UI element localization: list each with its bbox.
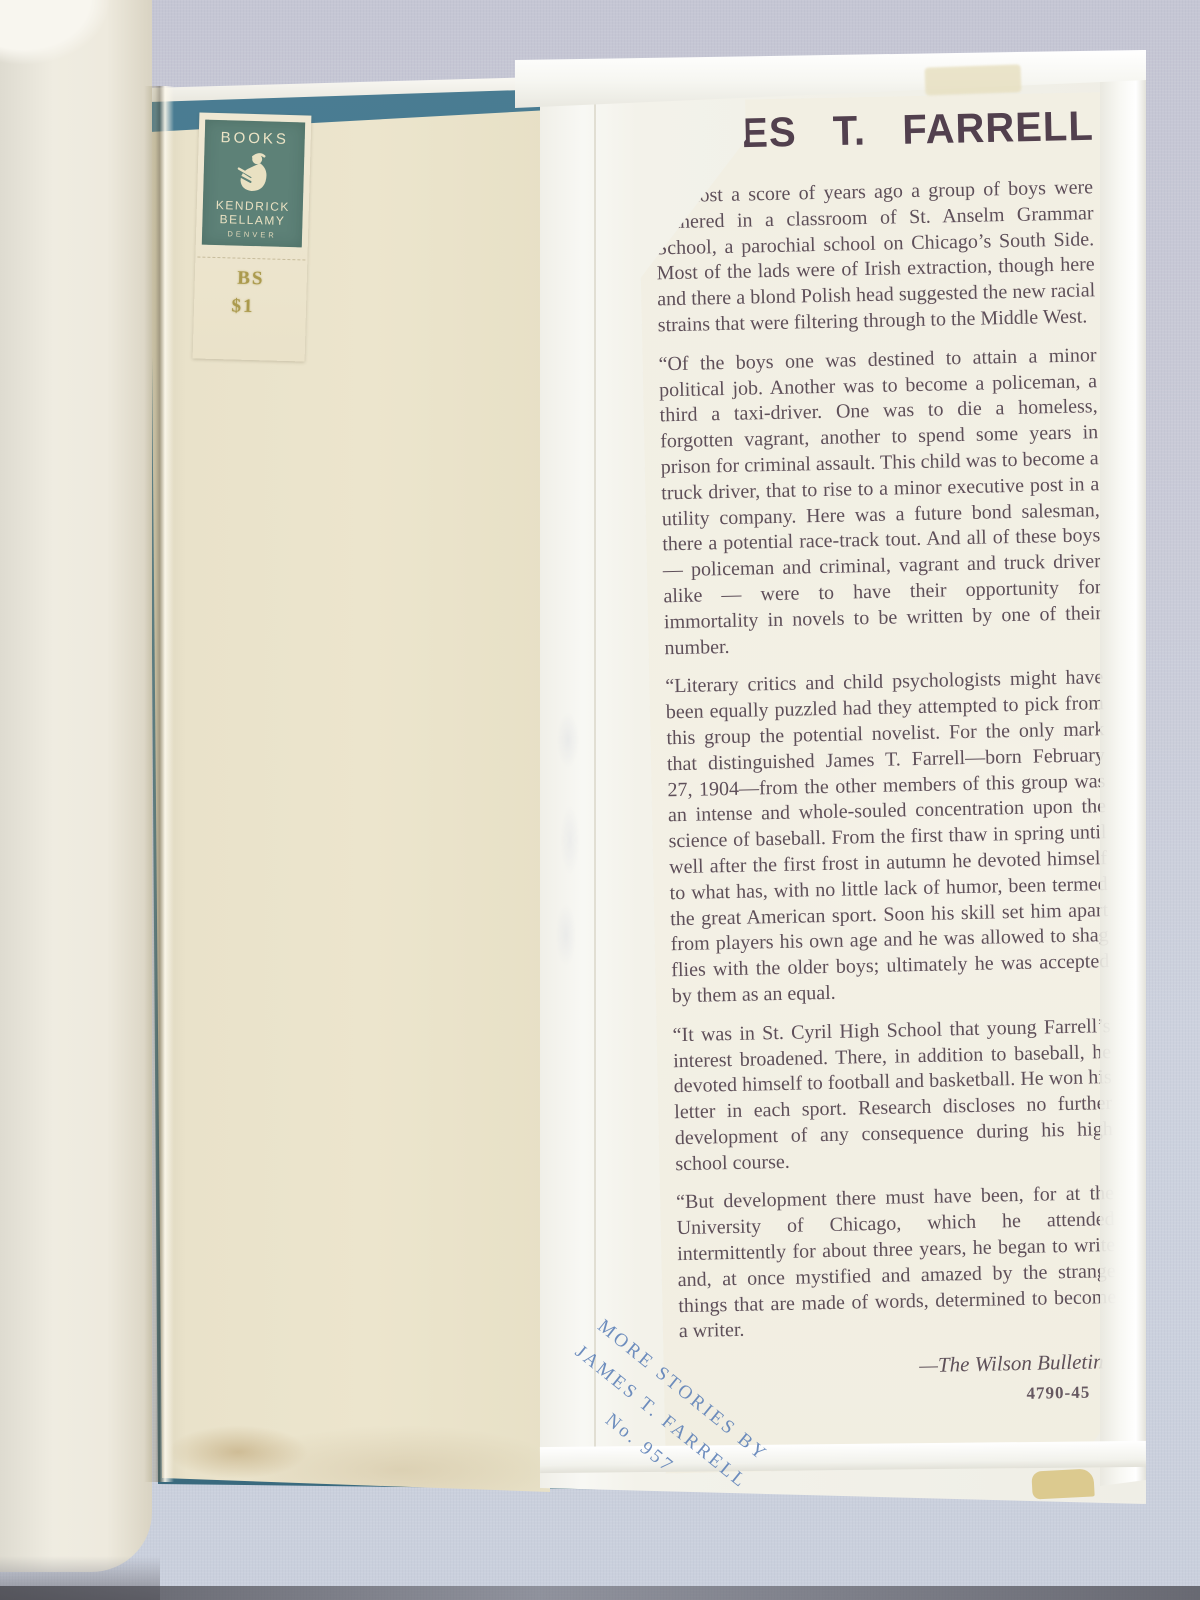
flap-title-word-t: T.: [832, 108, 866, 155]
bookseller-name-line1: KENDRICK: [203, 198, 303, 215]
bookseller-label-books-word: BOOKS: [205, 129, 305, 149]
flap-paragraph: “Almost a score of years ago a group of …: [655, 175, 1096, 339]
reader-figure-icon: [232, 150, 275, 197]
flap-biography-text: “Almost a score of years ago a group of …: [655, 175, 1117, 1345]
table-edge-shadow: [0, 1586, 1200, 1600]
cloth-peek-patch: [1031, 1468, 1094, 1499]
bookseller-label: BOOKS KENDRICK BELLAMY DENVER BS $1: [193, 112, 312, 361]
free-endpaper-page: [0, 0, 152, 1572]
flap-paragraph: “It was in St. Cyril High School that yo…: [672, 1014, 1113, 1178]
bookseller-name-line2: BELLAMY: [202, 212, 302, 229]
flap-title-word-farrell: FARRELL: [902, 103, 1094, 154]
book-photo-scene: BOOKS KENDRICK BELLAMY DENVER BS $1 JAME…: [0, 0, 1200, 1600]
flap-paragraph: “Literary critics and child psychologist…: [665, 665, 1110, 1009]
flap-paragraph: “Of the boys one was destined to attain …: [658, 343, 1102, 662]
penciled-price-code: BS: [195, 266, 308, 291]
jacket-fold-crease: [594, 90, 596, 1460]
penciled-price: $1: [187, 294, 300, 319]
page-curl-highlight: [0, 0, 118, 96]
ink-show-through-smudge: [548, 690, 588, 990]
label-perforation-line: [197, 256, 305, 260]
dust-jacket-flap: JAMES T. FARRELL “Almost a score of year…: [637, 92, 1132, 1473]
bookseller-city: DENVER: [202, 229, 302, 241]
hinge-fold: [144, 86, 174, 1482]
flap-paragraph: “But development there must have been, f…: [676, 1181, 1117, 1345]
tape-highlight: [925, 64, 1022, 95]
mylar-right-edge: [1100, 58, 1146, 1486]
bookseller-stamp-green: BOOKS KENDRICK BELLAMY DENVER: [202, 120, 305, 248]
flap-attribution: —The Wilson Bulletin: [663, 1350, 1103, 1384]
